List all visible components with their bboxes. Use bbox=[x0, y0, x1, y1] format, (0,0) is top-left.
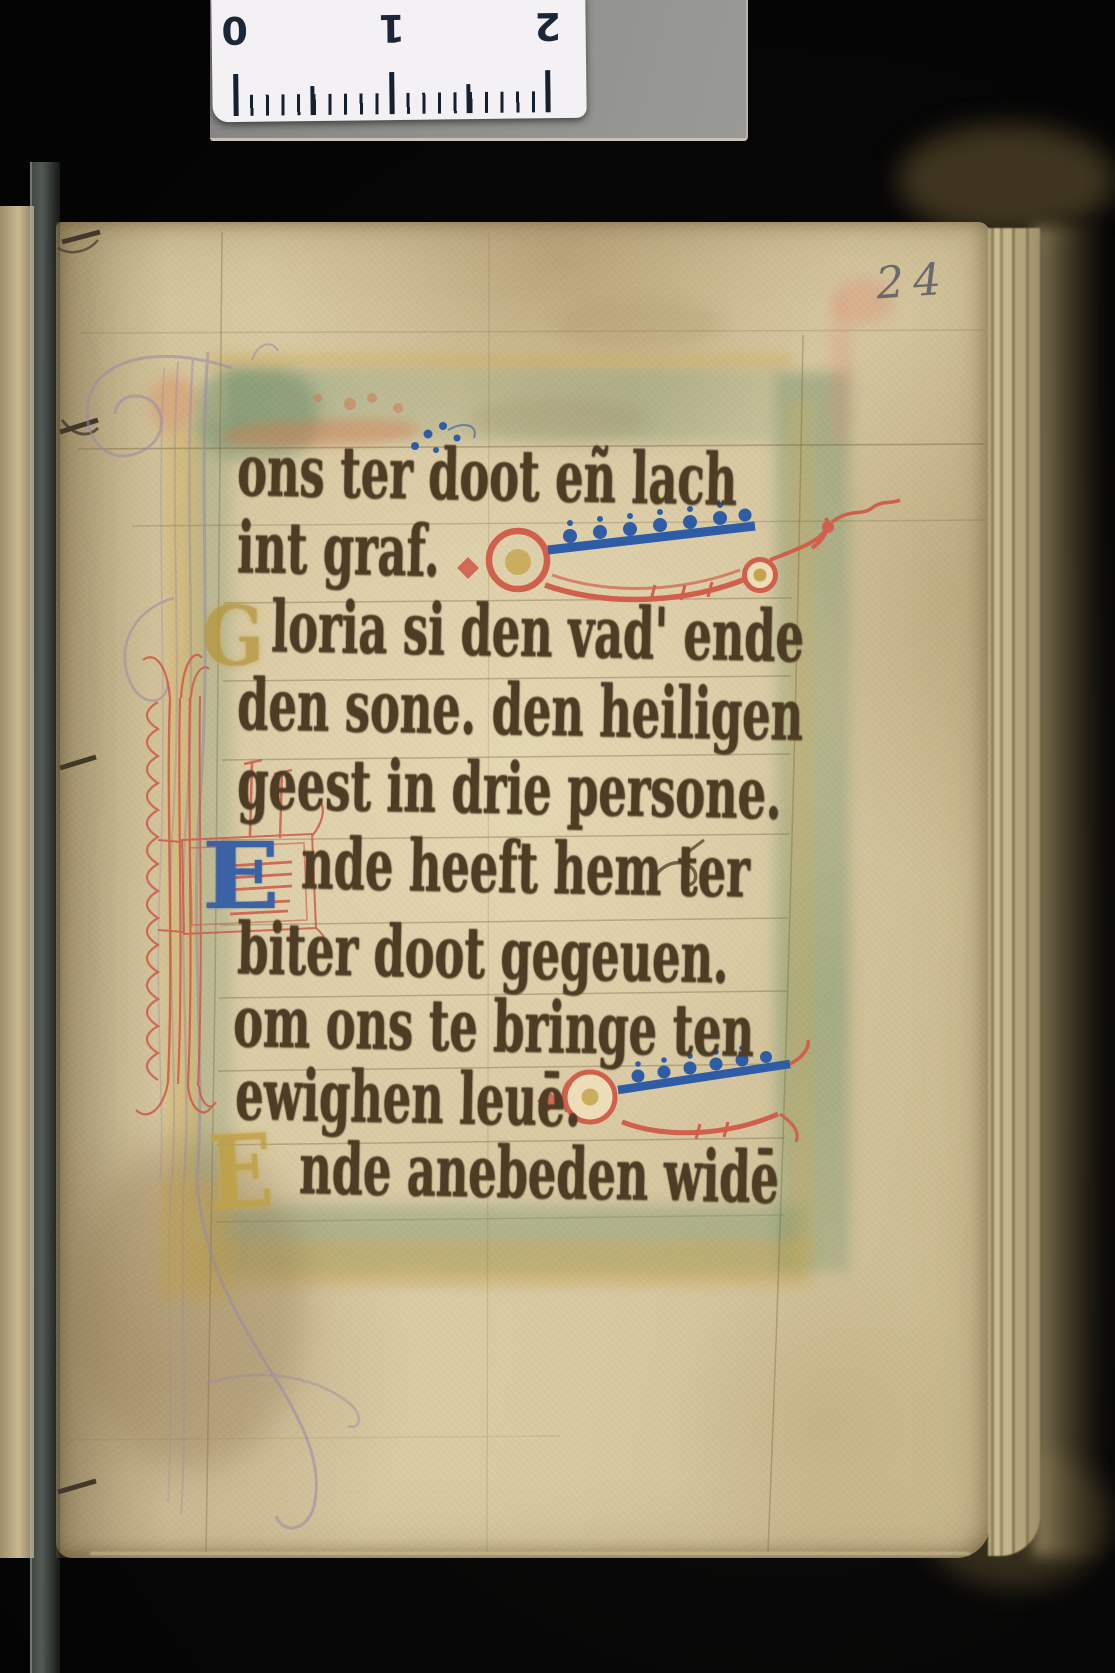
ruler-major-tick bbox=[545, 70, 550, 112]
ruler-mm-ticks bbox=[234, 91, 554, 116]
ruler-label-1: 1 bbox=[372, 6, 411, 50]
fore-edge-blur bbox=[1033, 226, 1107, 1556]
ruler-major-tick bbox=[389, 72, 394, 114]
folio-number: 24 bbox=[874, 253, 951, 309]
text-line-1: ons ter doot eñ lach bbox=[237, 435, 738, 516]
ruler-half-tick bbox=[310, 86, 314, 115]
text-line-2: int graf. bbox=[237, 512, 441, 587]
photograph-stage: 2 1 0 bbox=[0, 0, 1115, 1673]
facing-page-edge bbox=[0, 206, 34, 1558]
text-line-5: geest in drie persone. bbox=[237, 748, 783, 830]
ruler-label-2: 2 bbox=[528, 4, 567, 48]
text-line-6: nde heeft hem ter bbox=[301, 828, 751, 908]
text-line-4: den sone. den heiligen bbox=[237, 669, 804, 751]
ruler-major-tick bbox=[233, 74, 238, 116]
text-line-3: loria si den vad' ende bbox=[271, 591, 805, 673]
initial-e-blue: E bbox=[202, 830, 280, 922]
text-line-9: ewighen leuē. bbox=[235, 1059, 582, 1137]
page-stack-top-blur bbox=[898, 124, 1115, 236]
page-bottom-edge bbox=[90, 1552, 970, 1555]
ruler-label-0: 0 bbox=[215, 8, 254, 52]
text-line-10: nde anebeden widē bbox=[299, 1133, 780, 1213]
glass-edge bbox=[30, 162, 60, 1673]
measurement-ruler: 2 1 0 bbox=[211, 0, 586, 122]
ruler-half-tick bbox=[466, 84, 470, 113]
